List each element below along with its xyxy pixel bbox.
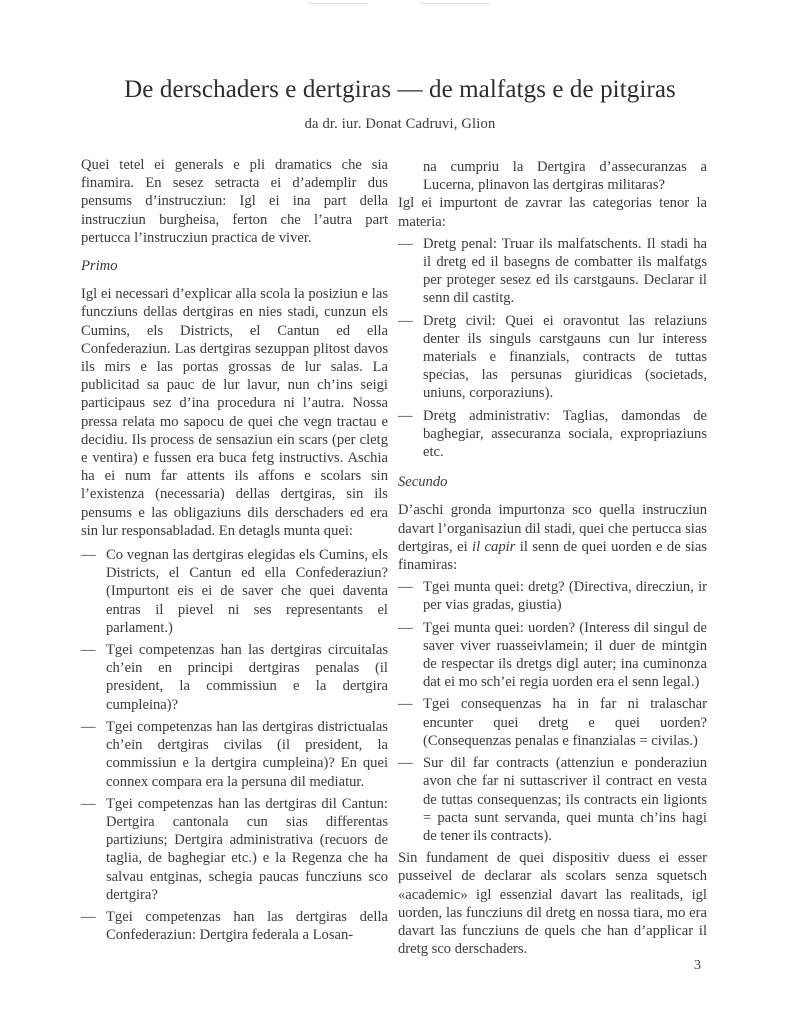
right-column: na cumpriu la Dertgira d’assecuranzas a … [398, 158, 707, 968]
conclusion-paragraph: Sin fundament de quei dispositiv duess e… [398, 849, 707, 958]
list-item-text: Tgei competenzas han las dertgiras dil C… [106, 796, 388, 903]
list-item-text: Tgei competenzas han las dertgiras della… [106, 909, 388, 943]
category-item-penal: — Dretg penal: Truar ils malfatschents. … [398, 235, 707, 308]
dash-bullet: — [398, 695, 413, 713]
category-item-civil: — Dretg civil: Quei ei oravontut las rel… [398, 312, 707, 403]
list-item: — Tgei munta quei: dretg? (Directiva, di… [398, 578, 707, 614]
list-item: — Tgei consequenzas ha in far ni tralasc… [398, 695, 707, 750]
list-item-text: Tgei munta quei: uorden? (Interess dil s… [423, 620, 707, 691]
dash-bullet: — [81, 908, 96, 926]
list-item: — Tgei competenzas han las dertgiras dil… [81, 795, 388, 904]
secundo-paragraph: D’aschi gronda impurtonza sco quella ins… [398, 501, 707, 574]
dash-bullet: — [398, 312, 413, 330]
page-number: 3 [694, 958, 701, 974]
list-item-text: Dretg penal: Truar ils malfatschents. Il… [423, 236, 707, 307]
list-item: — Tgei competenzas han las dertgiras dis… [81, 718, 388, 791]
dash-bullet: — [81, 546, 96, 564]
dash-bullet: — [81, 718, 96, 736]
left-column: Quei tetel ei generals e pli dramatics c… [81, 156, 388, 948]
scan-artifact [308, 3, 368, 4]
list-item-continuation: na cumpriu la Dertgira d’assecuranzas a … [398, 158, 707, 194]
dash-bullet: — [398, 578, 413, 596]
list-item-text: Dretg administrativ: Taglias, damondas d… [423, 408, 707, 460]
list-item-text: Tgei consequenzas ha in far ni tralascha… [423, 696, 707, 748]
emphasis-text: il capir [472, 539, 515, 555]
list-item: — Tgei munta quei: uorden? (Interess dil… [398, 619, 707, 692]
dash-bullet: — [81, 641, 96, 659]
list-item-text: Sur dil far contracts (attenziun e ponde… [423, 755, 707, 844]
list-item-text: Tgei munta quei: dretg? (Directiva, dire… [423, 579, 707, 613]
list-item: — Tgei competenzas han las dertgiras del… [81, 908, 388, 944]
list-item: — Tgei competenzas han las dertgiras cir… [81, 641, 388, 714]
article-title: De derschaders e dertgiras — de malfatgs… [0, 76, 800, 104]
dash-bullet: — [81, 795, 96, 813]
list-item: — Co vegnan las dertgiras elegidas els C… [81, 546, 388, 637]
list-item-text: Tgei competenzas han las dertgiras circu… [106, 642, 388, 713]
section-heading-primo: Primo [81, 257, 388, 275]
dash-bullet: — [398, 407, 413, 425]
list-item: — Sur dil far contracts (attenziun e pon… [398, 754, 707, 845]
primo-paragraph: Igl ei necessari d’explicar alla scola l… [81, 285, 388, 540]
section-heading-secundo: Secundo [398, 473, 707, 491]
dash-bullet: — [398, 619, 413, 637]
categories-intro: Igl ei impurtont de zavrar las categoria… [398, 194, 707, 230]
category-item-administrative: — Dretg administrativ: Taglias, damondas… [398, 407, 707, 462]
intro-paragraph: Quei tetel ei generals e pli dramatics c… [81, 156, 388, 247]
list-item-text: Tgei competenzas han las dertgiras distr… [106, 719, 388, 790]
dash-bullet: — [398, 235, 413, 253]
scan-artifact [420, 3, 490, 4]
list-item-text: Co vegnan las dertgiras elegidas els Cum… [106, 547, 388, 636]
dash-bullet: — [398, 754, 413, 772]
article-byline: da dr. iur. Donat Cadruvi, Glion [0, 116, 800, 133]
list-item-text: Dretg civil: Quei ei oravontut las relaz… [423, 313, 707, 402]
